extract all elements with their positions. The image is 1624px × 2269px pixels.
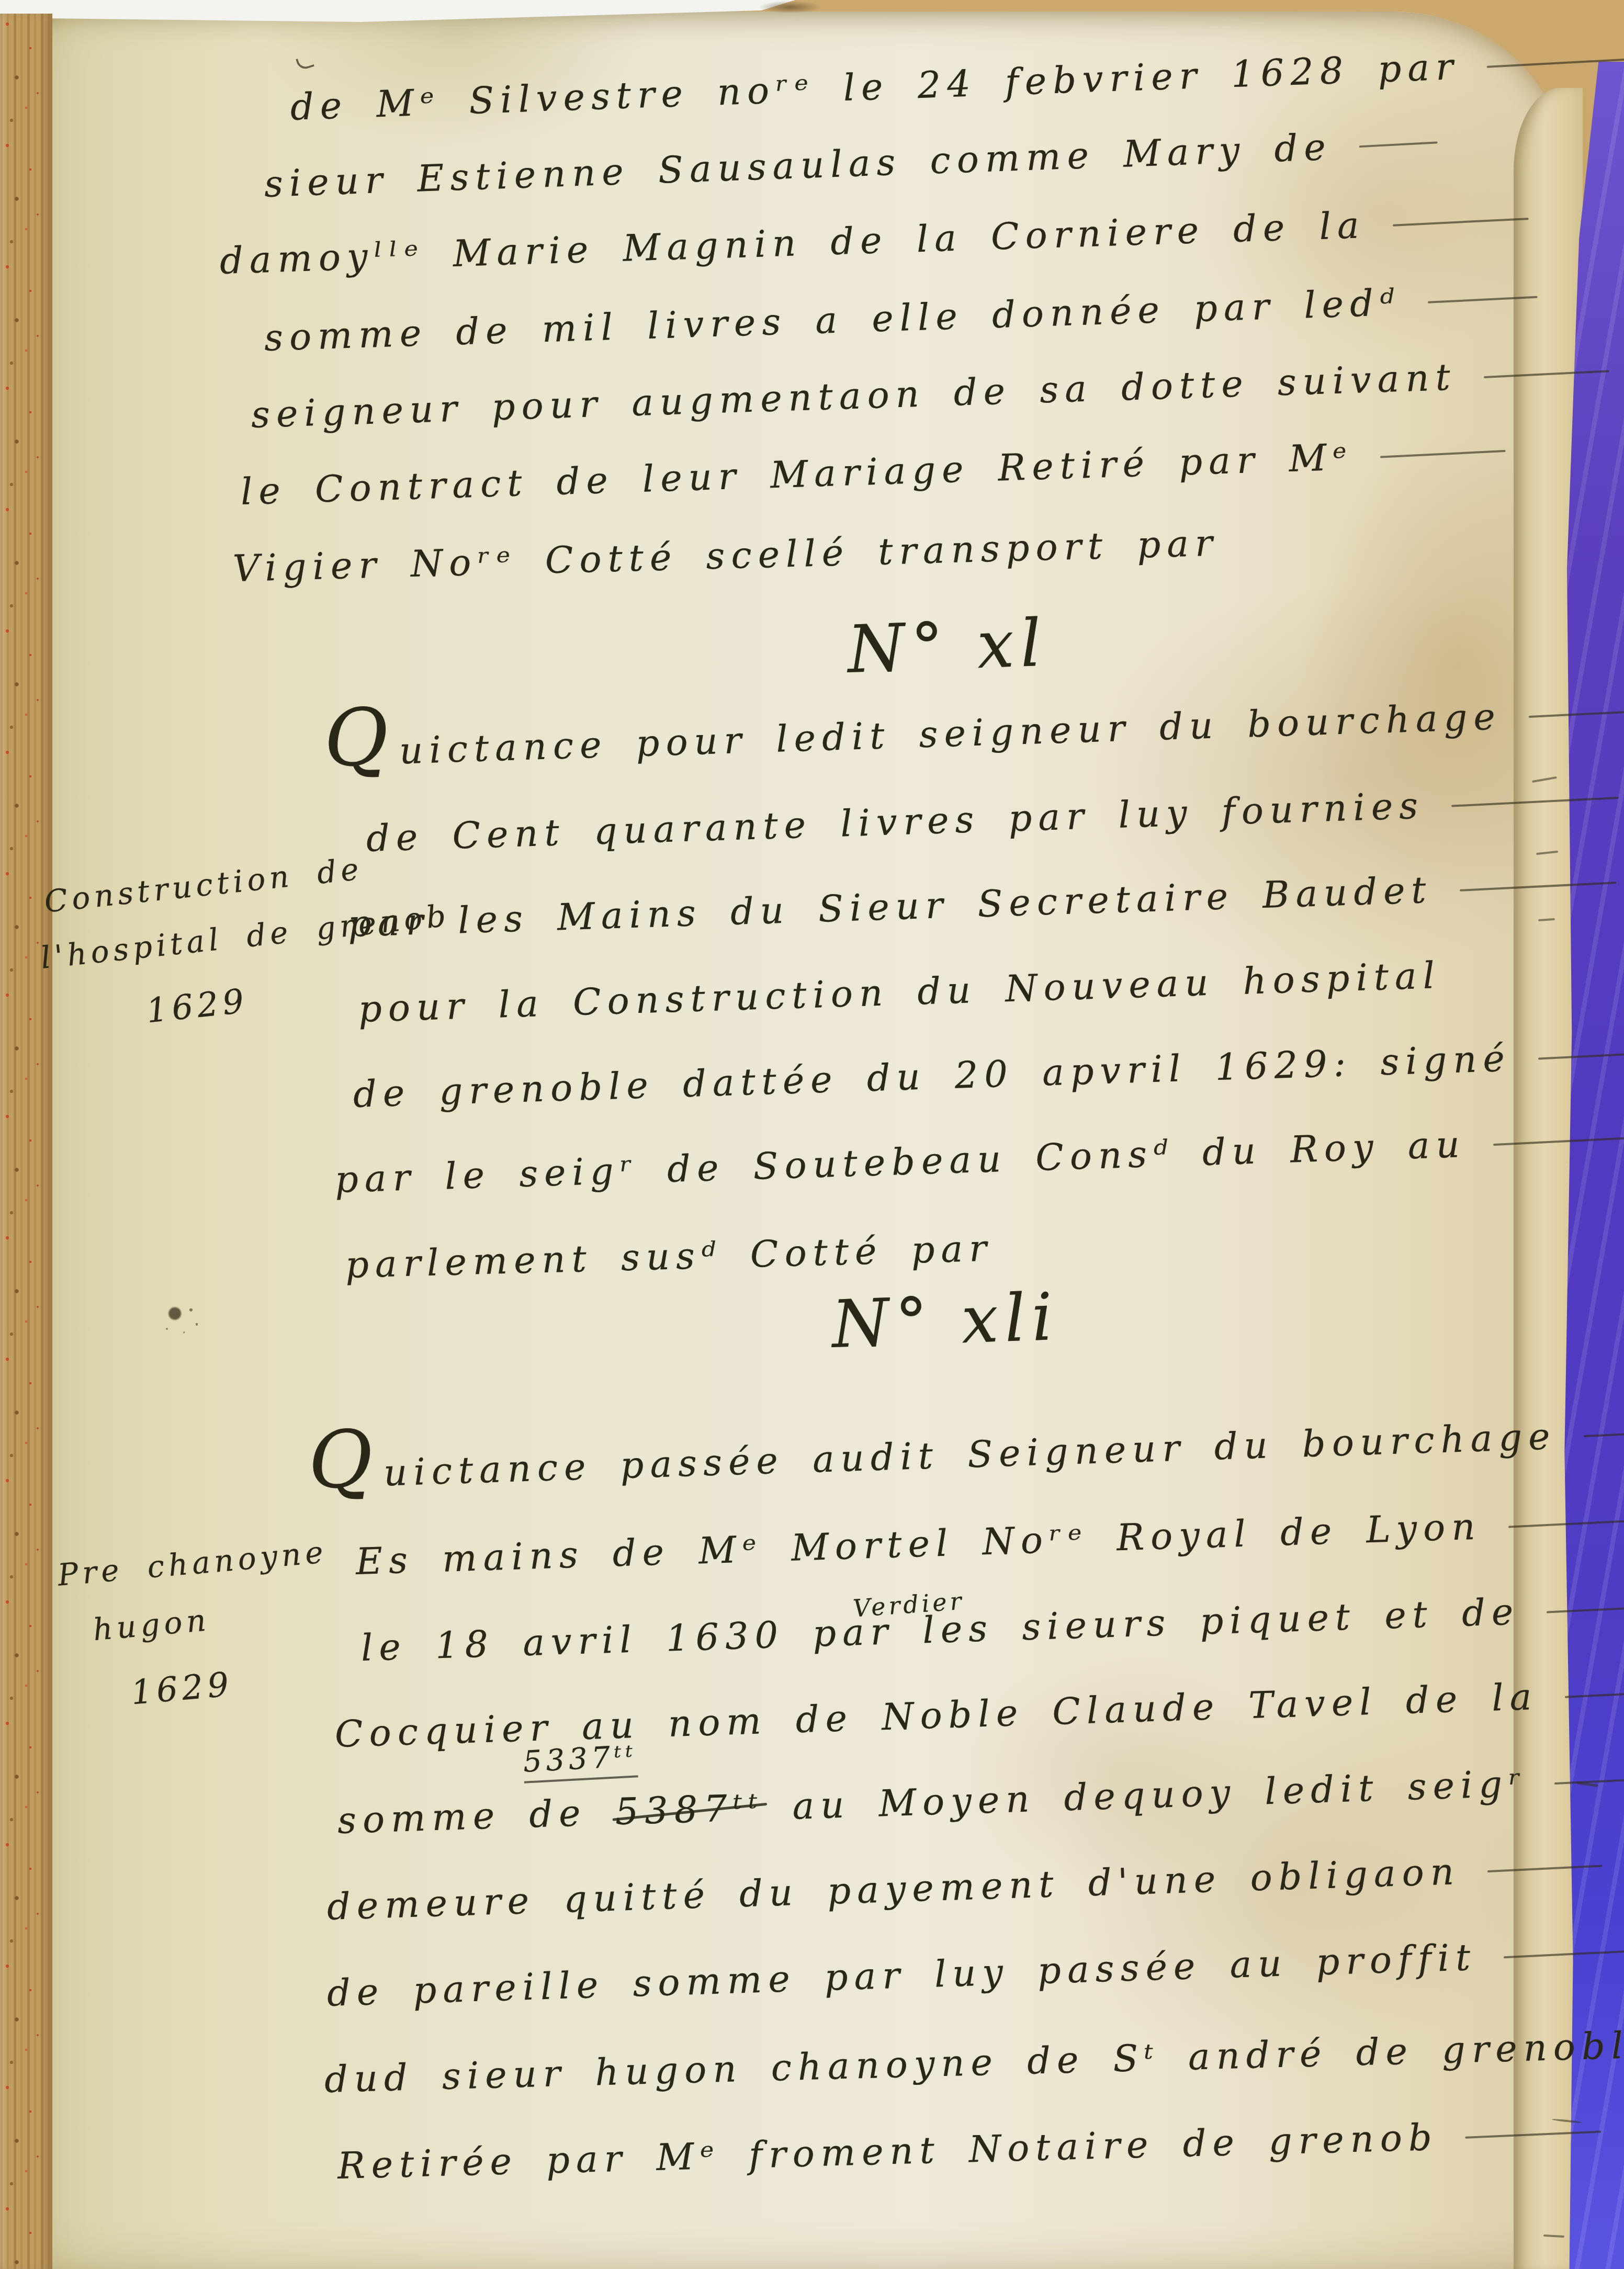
line-filler-dash	[1508, 1518, 1624, 1528]
section-number-xli: N° xli	[830, 1279, 1060, 1363]
line-filler-dash	[1465, 2130, 1602, 2138]
page-top-crease-shadow	[748, 0, 832, 18]
text: somme de	[337, 1790, 616, 1842]
line-filler-dash	[1538, 1049, 1624, 1060]
manuscript-photo: { "manuscript": { "ink_color": "#2b2718"…	[0, 0, 1624, 2269]
line-filler-dash	[1565, 1688, 1624, 1698]
line-filler-dash	[1428, 296, 1538, 303]
line-filler-dash	[1583, 1430, 1624, 1437]
line-filler-dash	[1493, 1136, 1624, 1146]
book-fore-edge-left	[0, 14, 52, 2269]
struck-sum: 5387ᵗᵗ	[614, 1786, 764, 1833]
line-filler-dash	[1554, 1776, 1624, 1785]
text: parlement susᵈ Cotté par	[345, 1227, 994, 1286]
line-filler-dash	[1547, 1603, 1624, 1613]
line-filler-dash	[1359, 141, 1438, 148]
line-filler-dash	[1392, 218, 1528, 227]
margin-note-chanoyne-hugon: Pre chanoyne hugon 1629	[57, 1537, 340, 1715]
line-filler-dash	[1529, 708, 1624, 718]
margin-note-line: hugon	[92, 1594, 333, 1645]
line-filler-dash	[1459, 882, 1616, 891]
ink-blot	[151, 1296, 208, 1341]
line-filler-dash	[1380, 450, 1506, 458]
line-filler-dash	[1504, 1950, 1624, 1959]
corrected-sum: 5337ᵗᵗ	[522, 1739, 638, 1783]
line-filler-dash	[1487, 1865, 1603, 1872]
line-filler-dash	[1451, 797, 1619, 807]
line-filler-dash	[1483, 370, 1609, 378]
section-number-xl: N° xl	[846, 605, 1048, 688]
line-filler-dash	[1486, 58, 1624, 68]
